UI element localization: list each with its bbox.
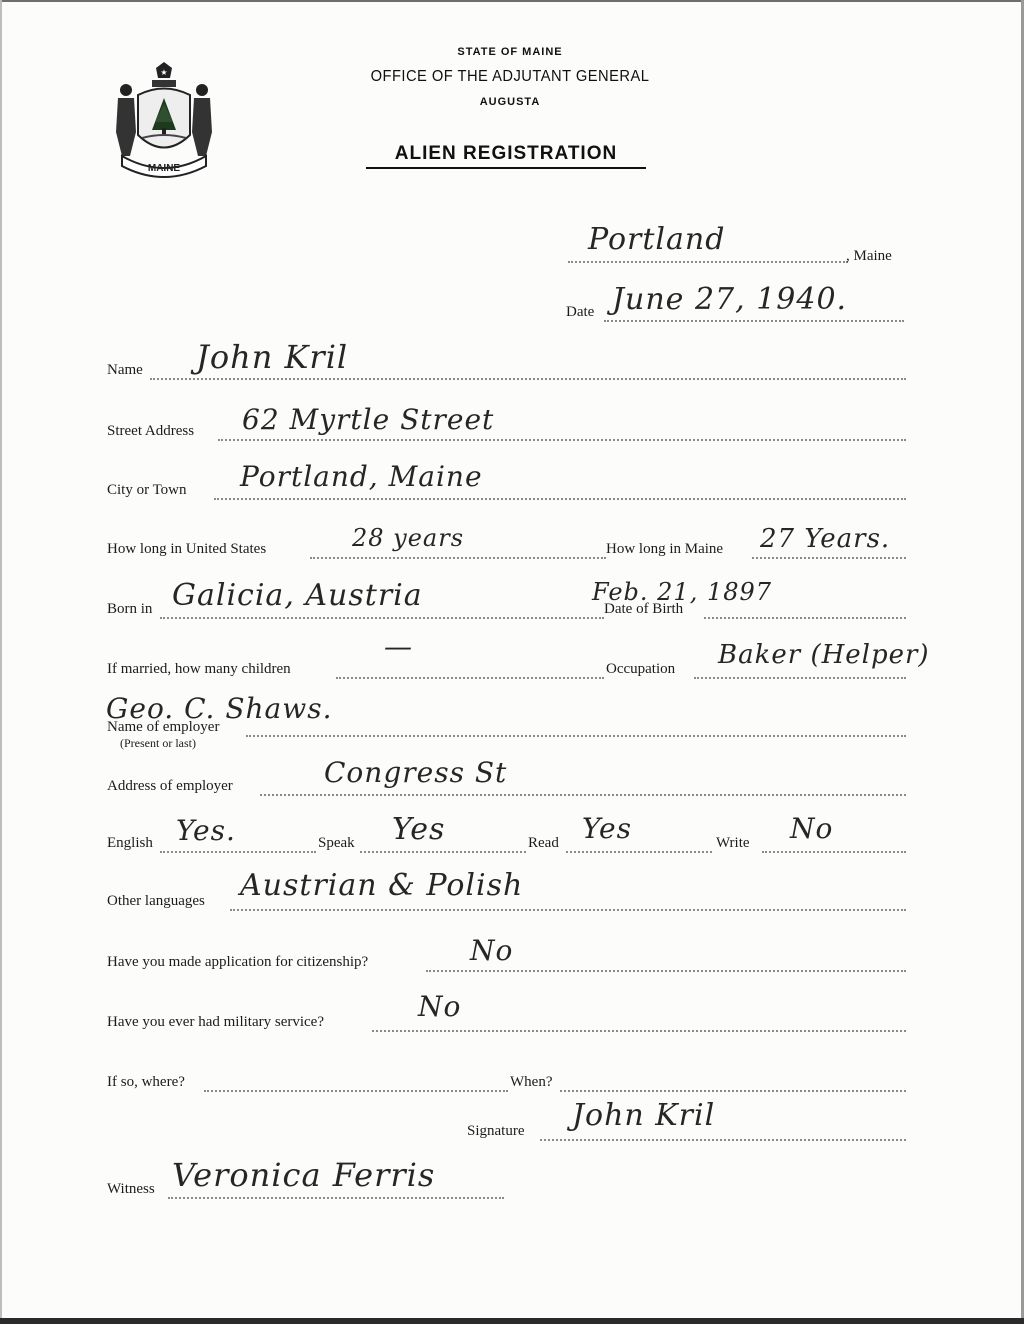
employer-name-sublabel: (Present or last) bbox=[120, 736, 196, 751]
date-label: Date bbox=[566, 304, 594, 321]
date-of-birth-line bbox=[704, 617, 906, 619]
witness-value: Veronica Ferris bbox=[172, 1156, 435, 1194]
place-value: Portland bbox=[588, 222, 725, 257]
military-line bbox=[372, 1030, 906, 1032]
when-line bbox=[560, 1090, 906, 1092]
witness-label: Witness bbox=[107, 1181, 155, 1198]
signature-label: Signature bbox=[467, 1123, 525, 1140]
scan-edge-bottom bbox=[0, 1318, 1024, 1324]
write-value: No bbox=[790, 812, 833, 845]
read-line bbox=[566, 851, 712, 853]
where-line bbox=[204, 1090, 508, 1092]
speak-line bbox=[360, 851, 526, 853]
how-long-us-line bbox=[310, 557, 606, 559]
citizenship-line bbox=[426, 970, 906, 972]
street-address-value: 62 Myrtle Street bbox=[242, 403, 494, 436]
how-long-us-value: 28 years bbox=[352, 524, 464, 552]
header-city: AUGUSTA bbox=[330, 96, 690, 108]
english-line bbox=[160, 851, 316, 853]
how-long-maine-line bbox=[752, 557, 906, 559]
date-line bbox=[604, 320, 904, 322]
city-label: City or Town bbox=[107, 482, 187, 499]
employer-address-value: Congress St bbox=[324, 756, 507, 789]
occupation-line bbox=[694, 677, 906, 679]
where-label: If so, where? bbox=[107, 1074, 185, 1091]
speak-value: Yes bbox=[392, 812, 445, 847]
scan-edge-left bbox=[0, 0, 2, 1324]
signature-value: John Kril bbox=[572, 1098, 715, 1133]
scan-edge-top bbox=[0, 0, 1024, 2]
children-value: — bbox=[384, 630, 413, 663]
speak-label: Speak bbox=[318, 835, 355, 852]
witness-line bbox=[168, 1197, 504, 1199]
read-value: Yes bbox=[582, 812, 632, 845]
street-address-label: Street Address bbox=[107, 423, 194, 440]
place-suffix: , Maine bbox=[846, 248, 892, 265]
when-label: When? bbox=[510, 1074, 552, 1091]
header-state: STATE OF MAINE bbox=[330, 46, 690, 58]
form-title: ALIEN REGISTRATION bbox=[366, 143, 646, 169]
employer-name-line bbox=[246, 735, 906, 737]
how-long-us-label: How long in United States bbox=[107, 541, 266, 558]
employer-address-line bbox=[260, 794, 906, 796]
children-label: If married, how many children bbox=[107, 661, 291, 678]
city-line bbox=[214, 498, 906, 500]
employer-name-label: Name of employer bbox=[107, 719, 219, 736]
how-long-maine-label: How long in Maine bbox=[606, 541, 723, 558]
occupation-label: Occupation bbox=[606, 661, 675, 678]
other-languages-value: Austrian & Polish bbox=[240, 868, 523, 903]
write-line bbox=[762, 851, 906, 853]
date-value: June 27, 1940. bbox=[612, 282, 847, 317]
name-line bbox=[150, 378, 906, 380]
military-label: Have you ever had military service? bbox=[107, 1014, 324, 1031]
place-line bbox=[568, 261, 848, 263]
other-languages-line bbox=[230, 909, 906, 911]
city-value: Portland, Maine bbox=[240, 460, 483, 493]
english-label: English bbox=[107, 835, 153, 852]
write-label: Write bbox=[716, 835, 750, 852]
children-line bbox=[336, 677, 604, 679]
name-label: Name bbox=[107, 362, 143, 379]
street-address-line bbox=[218, 439, 906, 441]
citizenship-label: Have you made application for citizenshi… bbox=[107, 954, 368, 971]
how-long-maine-value: 27 Years. bbox=[760, 524, 890, 554]
employer-address-label: Address of employer bbox=[107, 778, 233, 795]
occupation-value: Baker (Helper) bbox=[718, 640, 930, 670]
header-office: OFFICE OF THE ADJUTANT GENERAL bbox=[344, 68, 675, 86]
name-value: John Kril bbox=[196, 338, 348, 376]
signature-line bbox=[540, 1139, 906, 1141]
svg-text:MAINE: MAINE bbox=[148, 163, 181, 174]
english-value: Yes. bbox=[176, 814, 236, 847]
read-label: Read bbox=[528, 835, 559, 852]
other-languages-label: Other languages bbox=[107, 893, 205, 910]
military-value: No bbox=[418, 990, 461, 1023]
state-seal-icon: ★ MAINE bbox=[108, 60, 220, 180]
citizenship-value: No bbox=[470, 934, 513, 967]
born-in-value: Galicia, Austria bbox=[172, 578, 423, 613]
date-of-birth-value: Feb. 21, 1897 bbox=[592, 578, 772, 606]
born-in-label: Born in bbox=[107, 601, 152, 618]
born-in-line bbox=[160, 617, 604, 619]
svg-text:★: ★ bbox=[160, 68, 167, 77]
